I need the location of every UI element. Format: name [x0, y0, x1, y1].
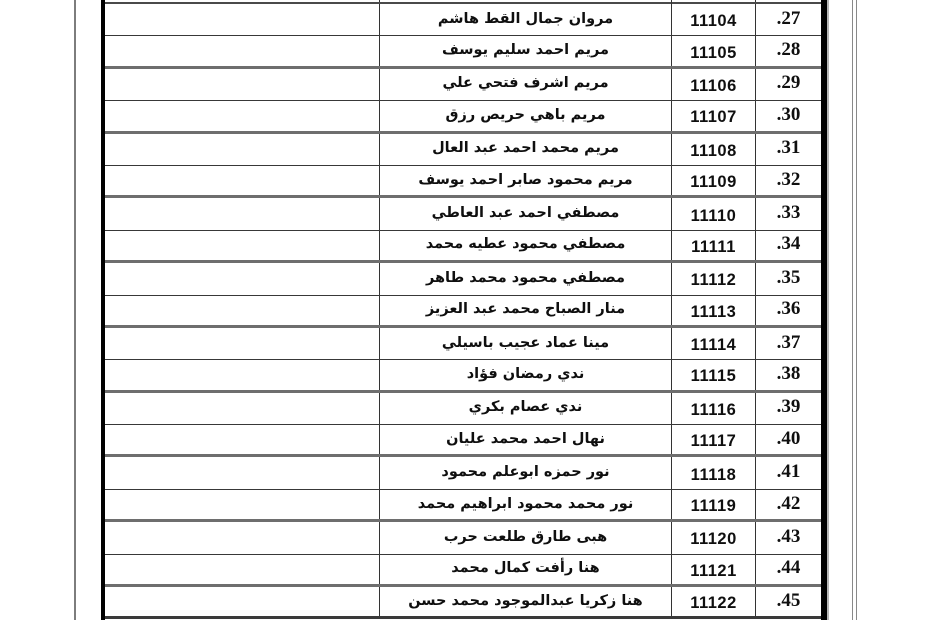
blank-cell [105, 328, 379, 359]
student-name-cell: مريم اشرف فتحي علي [379, 69, 671, 100]
row-serial-cell: .44 [755, 555, 821, 584]
row-serial-cell: .27 [755, 4, 821, 35]
student-code-cell: 11120 [671, 522, 755, 553]
row-serial-cell: .42 [755, 490, 821, 519]
student-name-cell: مروان جمال القط هاشم [379, 4, 671, 35]
blank-cell [105, 166, 379, 195]
student-name-cell: مصطفي احمد عبد العاطي [379, 198, 671, 229]
student-code-cell: 11110 [671, 198, 755, 229]
table-row: مريم محمود صابر احمد يوسف 11109 .32 [105, 166, 821, 198]
row-serial-cell: .31 [755, 134, 821, 165]
document-page: مروان جمال القط هاشم 11104 .27 مريم احمد… [0, 0, 930, 620]
table-row: نهال احمد محمد عليان 11117 .40 [105, 425, 821, 457]
table-row: مصطفي محمود محمد طاهر 11112 .35 [105, 263, 821, 295]
student-name-cell: ندي رمضان فؤاد [379, 360, 671, 389]
blank-cell [105, 36, 379, 65]
blank-cell [105, 393, 379, 424]
blank-cell [105, 296, 379, 325]
row-serial-cell: .40 [755, 425, 821, 454]
student-name-cell: نور حمزه ابوعلم محمود [379, 457, 671, 488]
student-name-cell: مريم محمود صابر احمد يوسف [379, 166, 671, 195]
student-name-cell: مصطفي محمود محمد طاهر [379, 263, 671, 294]
blank-cell [105, 198, 379, 229]
row-serial-cell: .34 [755, 231, 821, 260]
name-cell [379, 0, 671, 2]
student-code-cell: 11108 [671, 134, 755, 165]
blank-cell [105, 134, 379, 165]
student-name-cell: منار الصباح محمد عبد العزيز [379, 296, 671, 325]
student-name-cell: مصطفي محمود عطيه محمد [379, 231, 671, 260]
blank-cell [105, 490, 379, 519]
row-serial-cell: .41 [755, 457, 821, 488]
student-code-cell: 11117 [671, 425, 755, 454]
blank-cell [105, 457, 379, 488]
student-name-cell: نور محمد محمود ابراهيم محمد [379, 490, 671, 519]
row-serial-cell: .38 [755, 360, 821, 389]
blank-cell [105, 0, 379, 2]
table-row: مصطفي احمد عبد العاطي 11110 .33 [105, 198, 821, 230]
page-boundary-line-left [74, 0, 76, 620]
table-row: مريم احمد سليم يوسف 11105 .28 [105, 36, 821, 68]
blank-cell [105, 522, 379, 553]
student-code-cell: 11118 [671, 457, 755, 488]
blank-cell [105, 555, 379, 584]
row-serial-cell: .39 [755, 393, 821, 424]
blank-cell [105, 69, 379, 100]
row-serial-cell: .33 [755, 198, 821, 229]
table-row: ندي رمضان فؤاد 11115 .38 [105, 360, 821, 392]
student-name-cell: نهال احمد محمد عليان [379, 425, 671, 454]
table-row: مروان جمال القط هاشم 11104 .27 [105, 4, 821, 36]
blank-cell [105, 587, 379, 616]
student-name-cell: هنا رأفت كمال محمد [379, 555, 671, 584]
blank-cell [105, 425, 379, 454]
student-code-cell: 11122 [671, 587, 755, 616]
student-code-cell: 11114 [671, 328, 755, 359]
table-row: مريم باهي حريص رزق 11107 .30 [105, 101, 821, 133]
student-code-cell: 11106 [671, 69, 755, 100]
student-code-cell: 11107 [671, 101, 755, 130]
table-row: هبى طارق طلعت حرب 11120 .43 [105, 522, 821, 554]
student-code-cell: 11105 [671, 36, 755, 65]
row-serial-cell: .30 [755, 101, 821, 130]
student-code-cell: 11115 [671, 360, 755, 389]
student-name-cell: مريم باهي حريص رزق [379, 101, 671, 130]
table-row: منار الصباح محمد عبد العزيز 11113 .36 [105, 296, 821, 328]
student-name-cell: مريم محمد احمد عبد العال [379, 134, 671, 165]
student-code-cell: 11113 [671, 296, 755, 325]
student-code-cell: 11111 [671, 231, 755, 260]
row-serial-cell: .37 [755, 328, 821, 359]
student-name-cell: مينا عماد عجيب باسيلي [379, 328, 671, 359]
blank-cell [105, 360, 379, 389]
row-serial-cell: .43 [755, 522, 821, 553]
student-code-cell: 11109 [671, 166, 755, 195]
student-code-cell: 11121 [671, 555, 755, 584]
student-name-cell: هبى طارق طلعت حرب [379, 522, 671, 553]
row-serial-cell: .28 [755, 36, 821, 65]
blank-cell [105, 231, 379, 260]
table-row: مريم محمد احمد عبد العال 11108 .31 [105, 134, 821, 166]
student-list-table: مروان جمال القط هاشم 11104 .27 مريم احمد… [101, 0, 827, 620]
student-code-cell: 11116 [671, 393, 755, 424]
row-serial-cell: .45 [755, 587, 821, 616]
table-row: نور محمد محمود ابراهيم محمد 11119 .42 [105, 490, 821, 522]
row-serial-cell: .36 [755, 296, 821, 325]
student-code-cell: 11112 [671, 263, 755, 294]
table-row: مينا عماد عجيب باسيلي 11114 .37 [105, 328, 821, 360]
row-serial-cell: .32 [755, 166, 821, 195]
row-serial-cell: .29 [755, 69, 821, 100]
table-row: هنا رأفت كمال محمد 11121 .44 [105, 555, 821, 587]
table-row: نور حمزه ابوعلم محمود 11118 .41 [105, 457, 821, 489]
student-name-cell: هنا زكريا عبدالموجود محمد حسن [379, 587, 671, 616]
student-name-cell: ندي عصام بكري [379, 393, 671, 424]
blank-cell [105, 101, 379, 130]
table-row: هنا زكريا عبدالموجود محمد حسن 11122 .45 [105, 587, 821, 619]
student-code-cell: 11119 [671, 490, 755, 519]
serial-cell [755, 0, 821, 2]
table-row: ندي عصام بكري 11116 .39 [105, 393, 821, 425]
blank-cell [105, 263, 379, 294]
table-row: مريم اشرف فتحي علي 11106 .29 [105, 69, 821, 101]
table-row: مصطفي محمود عطيه محمد 11111 .34 [105, 231, 821, 263]
row-serial-cell: .35 [755, 263, 821, 294]
blank-cell [105, 4, 379, 35]
student-code-cell: 11104 [671, 4, 755, 35]
student-name-cell: مريم احمد سليم يوسف [379, 36, 671, 65]
page-boundary-line-right [852, 0, 857, 620]
